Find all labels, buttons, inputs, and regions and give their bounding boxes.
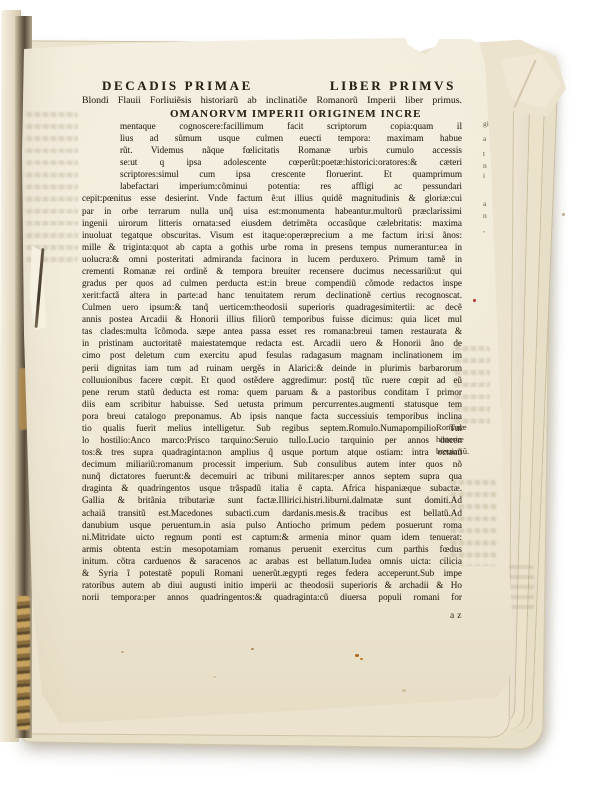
text-line: rũt. Videmus nãque fœlicitatis Romanæ ur… <box>120 144 462 156</box>
text-line: cimo post deletum cum exercitu apud fesu… <box>82 349 462 361</box>
text-line: pene rerum statũ deducta est roma: quem … <box>82 386 462 398</box>
showthrough-left-margin <box>24 112 78 262</box>
text-line: se:ut q ipsa adolescente cœperũt:poetæ:h… <box>120 156 462 168</box>
text-line: scriptores:simul cum ipsa crescente flor… <box>120 168 462 180</box>
text-line: decimum miliariũ:romanum processit imper… <box>82 458 462 470</box>
running-head: DECADIS PRIMAE LIBER PRIMVS <box>82 78 462 95</box>
signature-mark: az <box>450 611 464 621</box>
margin-note-line: breuiariũ. <box>436 446 498 458</box>
initial-indent-block: mentaque cognoscere:facillimum facit scr… <box>82 120 462 192</box>
text-line: mille & triginta:quot ab capta a gothis … <box>82 241 462 253</box>
edge-letter: a <box>483 135 486 143</box>
text-line: inuoluat tegatque obscuritas. Visum est … <box>82 229 462 241</box>
body-text-block: cepit:pœnitus esse desierint. Vnde factu… <box>82 192 462 603</box>
foxing-spot <box>251 648 254 650</box>
text-line: tas clades:multa ĩcõmoda. sæpe antea pas… <box>82 325 462 337</box>
foxing-spot <box>355 654 359 657</box>
text-line: initum. cõtra carduenos & saracenos ac a… <box>82 555 462 567</box>
edge-letter-fragments: giatnian, <box>481 120 495 242</box>
text-line: draginta & quadringentos usque trãspadũ … <box>82 482 462 494</box>
text-line: labefactari imperium:cõminui potentia: r… <box>120 180 462 192</box>
foxing-spot <box>213 676 216 678</box>
text-line: ratoribus autem ab diui augusti initio i… <box>82 579 462 591</box>
text-line: Culmen uero ipsum:& tanq̃ uerticem:theod… <box>82 301 462 313</box>
incipit-line: OMANORVM IMPERII ORIGINEM INCRE <box>170 108 462 121</box>
margin-note-line: historiæ <box>436 434 498 446</box>
text-line: danubium usque peruentum.in asia pulso A… <box>82 519 462 531</box>
edge-letter: t <box>483 150 485 158</box>
sewing-patch-lower <box>17 596 30 730</box>
foxing-spot <box>402 689 406 692</box>
text-line: diis eam scribitur habuisse. Sed uetusta… <box>82 398 462 410</box>
text-line: ni.Mitridate uicto regnum ponti est capt… <box>82 531 462 543</box>
text-line: perii dignitas iam tum ad ruinam uergẽs … <box>82 362 462 374</box>
text-block: DECADIS PRIMAE LIBER PRIMVS Blondi Flaui… <box>82 78 462 603</box>
text-line: norii tempora:per annos quadringentos:& … <box>82 591 462 603</box>
text-line: cepit:pœnitus esse desierint. Vnde factu… <box>82 192 462 204</box>
photo-frame: DECADIS PRIMAE LIBER PRIMVS Blondi Flaui… <box>0 0 591 800</box>
text-line: colluuionibus facere cœpit. Et quod ostẽ… <box>82 374 462 386</box>
text-line: lo hostilio:Anco marco:Prisco tarquino:S… <box>82 434 462 446</box>
foxing-spot <box>121 651 124 653</box>
text-line: & Syria ĩ potestatẽ populi Romani uenerũ… <box>82 567 462 579</box>
text-line: tio qualis fuerit melius intelligetur. S… <box>82 422 462 434</box>
text-line: armis obtenta est:in mesopotamiam romanu… <box>82 543 462 555</box>
text-line: ingenii uirorum litteris ornata:sed eius… <box>82 217 462 229</box>
byline: Blondi Flauii Forliuiẽsis historiarũ ab … <box>82 95 462 108</box>
edge-letter: n <box>483 162 487 170</box>
edge-letter: , <box>483 226 485 234</box>
text-line: pora breui catalogo preponamus. Ab ipsis… <box>82 410 462 422</box>
margin-note-line: Romanæ <box>436 422 498 434</box>
text-line: mentaque cognoscere:facillimum facit scr… <box>120 120 462 132</box>
page-leaf: DECADIS PRIMAE LIBER PRIMVS Blondi Flaui… <box>8 34 520 734</box>
running-head-right: LIBER PRIMVS <box>330 78 456 95</box>
text-line: uolucra:& omni posteritati admiranda fac… <box>82 253 462 265</box>
running-head-left: DECADIS PRIMAE <box>102 78 253 95</box>
margin-note: Romanæhistoriæbreuiariũ. <box>436 422 498 458</box>
foxing-spot <box>473 299 476 302</box>
text-line: annis postea Arcadii & Honorii illius fi… <box>82 313 462 325</box>
edge-letter: n <box>483 212 487 220</box>
edge-letter: gi <box>483 120 489 128</box>
text-line: Gallia & britãnia tributariæ sunt factæ.… <box>82 494 462 506</box>
text-line: xerit:factã altera in parte:ad hanc tenu… <box>82 289 462 301</box>
text-line: in pristinam auctoritatẽ maiestatemque r… <box>82 337 462 349</box>
text-line: achaiã transitũ est.Macedones subacti.cu… <box>82 507 462 519</box>
text-line: gradus per quos ad culmen perducta est:i… <box>82 277 462 289</box>
text-line: lius ad sũmum usque culmen euecti tempor… <box>120 132 462 144</box>
text-line: tos:& tres supra quadraginta:non amplius… <box>82 446 462 458</box>
edge-letter: a <box>483 200 486 208</box>
edge-letter: i <box>483 172 485 180</box>
text-line: par in orbe terrarum nulla unq̃ uisa est… <box>82 205 462 217</box>
foxing-spot <box>562 213 565 216</box>
foxing-spot <box>360 658 363 660</box>
text-line: crementi Romanæ rei ordinẽ & tempora bre… <box>82 265 462 277</box>
text-line: nunq̃ dictatores fuerunt:& decemuiri ac … <box>82 470 462 482</box>
